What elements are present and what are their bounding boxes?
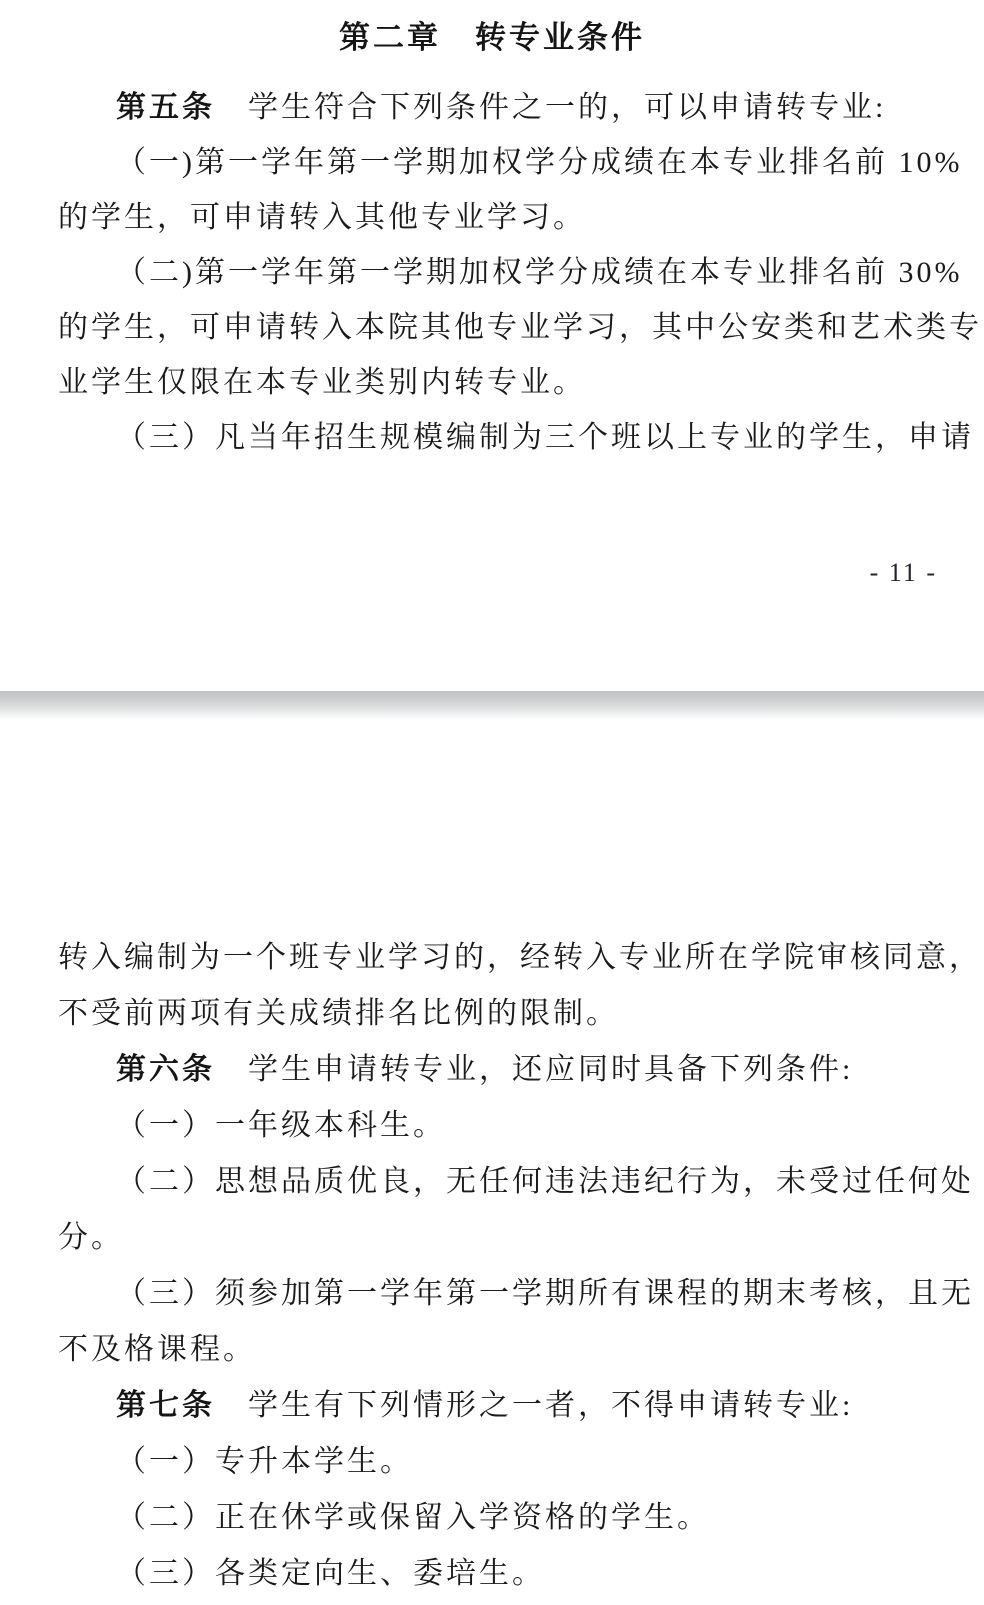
article-7-heading-text: 学生有下列情形之一者，不得申请转专业: <box>215 1389 853 1422</box>
pdf-viewer-viewport: 第二章 转专业条件 第五条 学生符合下列条件之一的，可以申请转专业: （一)第一… <box>0 0 984 1605</box>
article-6-number: 第六条 <box>116 1053 215 1086</box>
chapter-title: 第二章 转专业条件 <box>0 12 984 57</box>
doc-line: （三）各类定向生、委培生。 <box>58 1546 937 1602</box>
doc-line: 不及格课程。 <box>58 1322 937 1378</box>
doc-line: （一）专升本学生。 <box>58 1434 937 1490</box>
article-6-heading-line: 第六条 学生申请转专业，还应同时具备下列条件: <box>58 1042 937 1098</box>
article-7-heading-line: 第七条 学生有下列情形之一者，不得申请转专业: <box>58 1378 937 1434</box>
doc-line: 业学生仅限在本专业类别内转专业。 <box>58 355 937 410</box>
page-separator <box>0 691 984 720</box>
doc-line: 的学生，可申请转入其他专业学习。 <box>58 190 937 245</box>
article-5-heading-text: 学生符合下列条件之一的，可以申请转专业: <box>215 91 886 124</box>
article-7-number: 第七条 <box>116 1389 215 1422</box>
doc-line: （二)第一学年第一学期加权学分成绩在本专业排名前 30% <box>58 245 937 300</box>
doc-line: 分。 <box>58 1210 937 1266</box>
page1-text-block: 第五条 学生符合下列条件之一的，可以申请转专业: （一)第一学年第一学期加权学分… <box>58 80 937 465</box>
page2-text-block: 转入编制为一个班专业学习的，经转入专业所在学院审核同意， 不受前两项有关成绩排名… <box>58 930 937 1602</box>
doc-line: （一)第一学年第一学期加权学分成绩在本专业排名前 10% <box>58 135 937 190</box>
article-6-heading-text: 学生申请转专业，还应同时具备下列条件: <box>215 1053 853 1086</box>
doc-line: 转入编制为一个班专业学习的，经转入专业所在学院审核同意， <box>58 930 937 986</box>
doc-line: （二）正在休学或保留入学资格的学生。 <box>58 1490 937 1546</box>
article-5-number: 第五条 <box>116 91 215 124</box>
page-number: - 11 - <box>870 556 937 590</box>
doc-line: （二）思想品质优良，无任何违法违纪行为，未受过任何处 <box>58 1154 937 1210</box>
doc-line: （三）凡当年招生规模编制为三个班以上专业的学生，申请 <box>58 410 937 465</box>
doc-line: （一）一年级本科生。 <box>58 1098 937 1154</box>
article-5-heading-line: 第五条 学生符合下列条件之一的，可以申请转专业: <box>58 80 937 135</box>
document-page-1: 第二章 转专业条件 第五条 学生符合下列条件之一的，可以申请转专业: （一)第一… <box>0 0 984 691</box>
doc-line: 不受前两项有关成绩排名比例的限制。 <box>58 986 937 1042</box>
doc-line: （三）须参加第一学年第一学期所有课程的期末考核，且无 <box>58 1266 937 1322</box>
doc-line: 的学生，可申请转入本院其他专业学习，其中公安类和艺术类专 <box>58 300 937 355</box>
